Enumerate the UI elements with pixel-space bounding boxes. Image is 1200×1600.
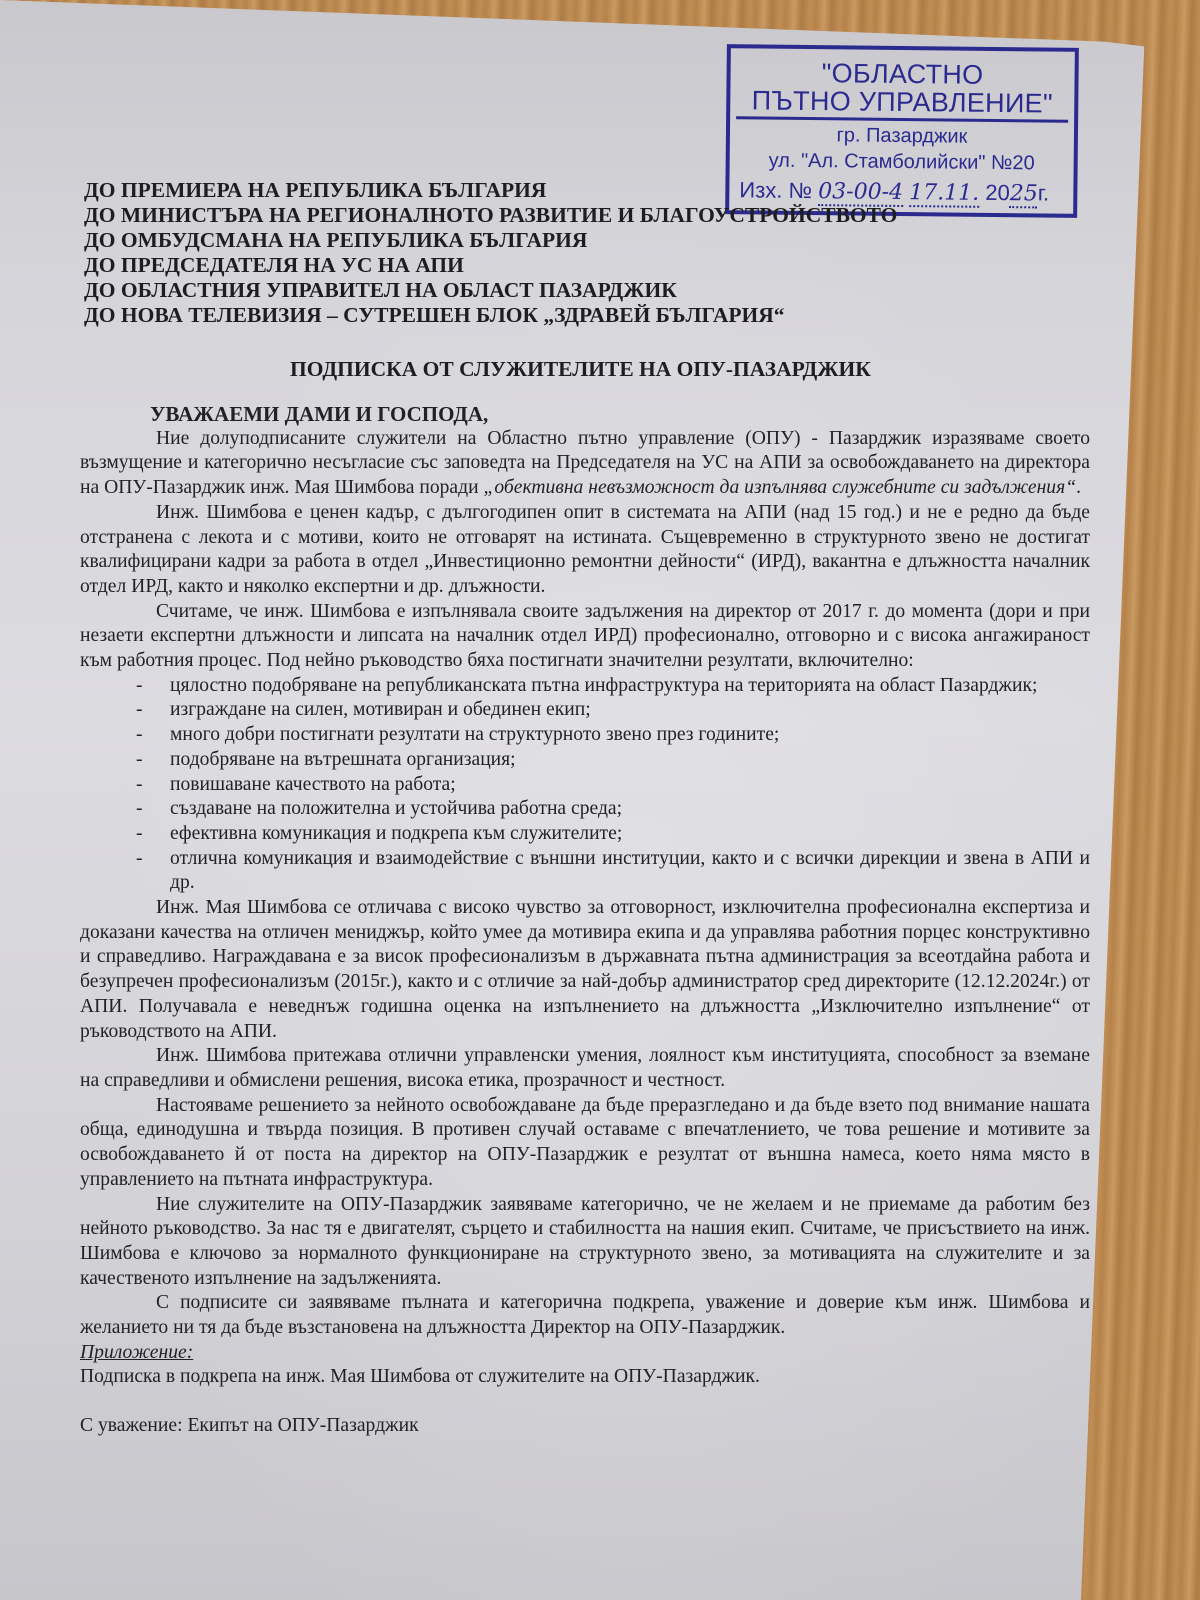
- addressee-line: ДО МИНИСТЪРА НА РЕГИОНАЛНОТО РАЗВИТИЕ И …: [84, 203, 897, 228]
- paragraph-8: С подписите си заявяваме пълната и катег…: [80, 1291, 1090, 1340]
- stamp-year-prefix: 20: [985, 180, 1010, 205]
- stamp-handwritten-date: 17.11.: [909, 180, 979, 208]
- stamp-street: ул. "Ал. Стамболийски" №20: [730, 149, 1074, 175]
- list-item: създаване на положителна и устойчива раб…: [170, 797, 1090, 822]
- paragraph-5: Инж. Шимбова притежава отлични управленс…: [80, 1044, 1090, 1093]
- addressee-line: ДО НОВА ТЕЛЕВИЗИЯ – СУТРЕШЕН БЛОК „ЗДРАВ…: [84, 303, 897, 328]
- list-item: цялостно подобряване на републиканската …: [170, 674, 1090, 699]
- paragraph-3: Считаме, че инж. Шимбова е изпълнявала с…: [80, 600, 1090, 674]
- list-item: много добри постигнати резултати на стру…: [170, 723, 1090, 748]
- paragraph-1-end: .: [1076, 477, 1081, 498]
- paragraph-1: Ние долуподписаните служители на Областн…: [80, 427, 1090, 501]
- paragraph-4: Инж. Мая Шимбова се отличава с високо чу…: [80, 896, 1090, 1044]
- paragraph-6: Настояваме решението за нейното освобожд…: [80, 1094, 1090, 1193]
- stamp-org-line2: ПЪТНО УПРАВЛЕНИЕ": [736, 86, 1068, 122]
- document-title: ПОДПИСКА ОТ СЛУЖИТЕЛИТЕ НА ОПУ-ПАЗАРДЖИК: [290, 357, 871, 382]
- list-item: изграждане на силен, мотивиран и обедине…: [170, 698, 1090, 723]
- paragraph-7: Ние служителите на ОПУ-Пазарджик заявява…: [80, 1193, 1090, 1292]
- stamp-year-suffix: 25: [1010, 181, 1038, 208]
- paragraph-1-quote: „обективна невъзможност да изпълнява слу…: [483, 477, 1076, 498]
- attachment-label: Приложение:: [80, 1341, 1090, 1366]
- stamp-city: гр. Пазарджик: [730, 123, 1074, 149]
- attachment-text: Подписка в подкрепа на инж. Мая Шимбова …: [80, 1365, 1090, 1390]
- list-item: ефективна комуникация и подкрепа към слу…: [170, 822, 1090, 847]
- addressee-line: ДО ОМБУДСМАНА НА РЕПУБЛИКА БЪЛГАРИЯ: [84, 228, 897, 253]
- letter-body: УВАЖАЕМИ ДАМИ И ГОСПОДА, Ние долуподписа…: [80, 402, 1090, 1439]
- achievements-list: цялостно подобряване на републиканската …: [80, 674, 1090, 896]
- addressee-line: ДО ОБЛАСТНИЯ УПРАВИТЕЛ НА ОБЛАСТ ПАЗАРДЖ…: [84, 278, 897, 303]
- signature-line: С уважение: Екипът на ОПУ-Пазарджик: [80, 1414, 1090, 1439]
- list-item: отлична комуникация и взаимодействие с в…: [170, 847, 1090, 896]
- greeting: УВАЖАЕМИ ДАМИ И ГОСПОДА,: [80, 402, 1090, 427]
- addressee-block: ДО ПРЕМИЕРА НА РЕПУБЛИКА БЪЛГАРИЯ ДО МИН…: [84, 178, 897, 328]
- list-item: повишаване качеството на работа;: [170, 773, 1090, 798]
- addressee-line: ДО ПРЕМИЕРА НА РЕПУБЛИКА БЪЛГАРИЯ: [84, 178, 897, 203]
- list-item: подобряване на вътрешната организация;: [170, 748, 1090, 773]
- stamp-year-end: г.: [1038, 180, 1050, 205]
- addressee-line: ДО ПРЕДСЕДАТЕЛЯ НА УС НА АПИ: [84, 253, 897, 278]
- paragraph-2: Инж. Шимбова е ценен кадър, с дългогодип…: [80, 501, 1090, 600]
